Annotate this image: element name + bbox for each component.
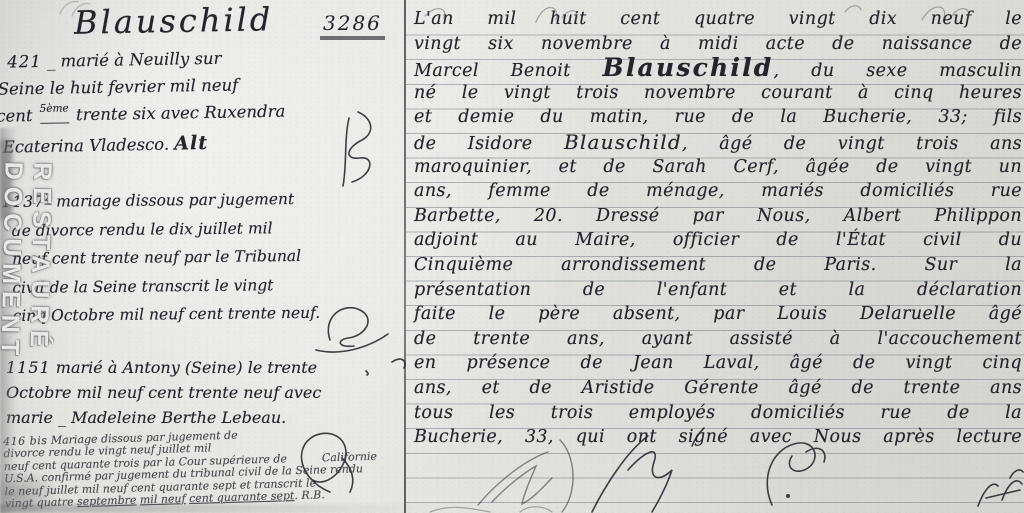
restoration-watermark: DOCUMENT RESTAURÉ xyxy=(0,161,57,502)
handwritten-segment: Ecaterina Vladesco. xyxy=(3,135,175,157)
handwritten-segment: maroquinier, et de Sarah Cerf, âgée de v… xyxy=(414,157,1022,177)
handwritten-line: né le vingt trois novembre courant à cin… xyxy=(414,81,1022,106)
handwritten-segment: 5ème xyxy=(39,95,69,124)
handwritten-segment: . R.B. xyxy=(294,488,325,502)
handwritten-segment: cent quarante sept xyxy=(189,489,295,505)
handwritten-segment: cent xyxy=(0,106,38,126)
margin-note-divorce-1943: 416 bis Mariage dissous par jugement ded… xyxy=(3,424,450,511)
handwritten-line: ans, femme de ménage, mariés domiciliés … xyxy=(414,179,1022,204)
handwritten-segment: Barbette, 20. Dressé par Nous, Albert Ph… xyxy=(414,206,1022,226)
handwritten-segment: septembre xyxy=(77,494,137,509)
handwritten-segment: mil neuf xyxy=(140,492,186,506)
handwritten-segment: , âgé de vingt trois ans xyxy=(682,134,1022,154)
handwritten-line: civil de la Seine transcrit le vingt xyxy=(12,269,404,302)
column-divider-line xyxy=(404,0,406,513)
handwritten-line: 1151 marié à Antony (Seine) le trente xyxy=(6,355,406,380)
handwritten-segment: 421 xyxy=(7,52,42,72)
handwritten-segment: Marcel Benoit xyxy=(414,61,603,81)
margin-note-divorce-1939: 11372 mariage dissous par jugementde div… xyxy=(1,181,405,331)
handwritten-line: en présence de Jean Laval, âgé de vingt … xyxy=(414,351,1022,376)
handwritten-segment: et demie du matin, rue de la Bucherie, 3… xyxy=(414,107,1022,127)
handwritten-line: Ecaterina Vladesco. Alt xyxy=(3,127,407,161)
scanned-birth-record: L'an mil huit cent quatre vingt dix neuf… xyxy=(0,0,1024,513)
handwritten-segment: de Isidore xyxy=(414,134,564,154)
handwritten-segment: neuf cent trente neuf par le Tribunal xyxy=(12,247,301,268)
handwritten-segment: Blauschild xyxy=(603,53,774,82)
handwritten-segment: Octobre mil neuf cent trente neuf avec xyxy=(6,383,321,402)
handwritten-line: de Isidore Blauschild, âgé de vingt troi… xyxy=(414,130,1022,155)
handwritten-segment: en présence de Jean Laval, âgé de vingt … xyxy=(414,353,1022,373)
handwritten-segment: marié à Antony (Seine) le trente xyxy=(51,358,317,377)
handwritten-segment: mariage dissous par jugement xyxy=(51,190,294,211)
handwritten-segment: cinq Octobre mil neuf cent trente neuf. xyxy=(13,304,321,325)
handwritten-segment: Alt xyxy=(174,132,208,155)
handwritten-line: Marcel Benoit Blauschild, du sexe mascul… xyxy=(414,56,1022,81)
handwritten-segment: ans, et de Aristide Gérente âgé de trent… xyxy=(414,378,1022,398)
handwritten-line: L'an mil huit cent quatre vingt dix neuf… xyxy=(414,7,1022,32)
handwritten-segment: , du sexe masculin xyxy=(773,61,1022,81)
handwritten-line: Bucherie, 33, qui ont signé avec Nous ap… xyxy=(414,425,1022,450)
handwritten-line: ans, et de Aristide Gérente âgé de trent… xyxy=(414,376,1022,401)
handwritten-line: présentation de l'enfant et la déclarati… xyxy=(414,278,1022,303)
handwritten-line: et demie du matin, rue de la Bucherie, 3… xyxy=(414,105,1022,130)
handwritten-segment: faite le père absent, par Louis Delaruel… xyxy=(414,304,1022,324)
margin-note-marriage-1936: 421 _ marié à Neuilly surSeine le huit f… xyxy=(7,42,407,161)
handwritten-line: de divorce rendu le dix juillet mil xyxy=(12,212,404,245)
handwritten-segment: _ marié à Neuilly sur xyxy=(42,49,222,71)
handwritten-segment: adjoint au Maire, officier de l'État civ… xyxy=(414,230,1022,250)
surname-header: Blauschild xyxy=(74,0,274,41)
handwritten-segment: trente six avec Ruxendra xyxy=(71,102,286,125)
handwritten-segment: Cinquième arrondissement de Paris. Sur l… xyxy=(414,255,1022,275)
handwritten-segment: Blauschild xyxy=(564,130,682,154)
handwritten-segment: Bucherie, 33, qui ont signé avec Nous ap… xyxy=(414,427,1022,447)
handwritten-line: de trente ans, ayant assisté à l'accouch… xyxy=(414,327,1022,352)
handwritten-line: 11372 mariage dissous par jugement xyxy=(1,181,403,217)
handwritten-segment: Seine le huit fevrier mil neuf xyxy=(0,75,238,98)
handwritten-segment: de trente ans, ayant assisté à l'accouch… xyxy=(414,329,1022,349)
handwritten-line: maroquinier, et de Sarah Cerf, âgée de v… xyxy=(414,155,1022,180)
act-column: L'an mil huit cent quatre vingt dix neuf… xyxy=(406,0,1024,513)
handwritten-segment: né le vingt trois novembre courant à cin… xyxy=(414,83,1022,103)
handwritten-segment: présentation de l'enfant et la déclarati… xyxy=(414,280,1022,300)
act-number: 3286 xyxy=(320,11,385,40)
handwritten-segment: ans, femme de ménage, mariés domiciliés … xyxy=(414,181,1022,201)
handwritten-line: faite le père absent, par Louis Delaruel… xyxy=(414,302,1022,327)
handwritten-line: neuf cent trente neuf par le Tribunal xyxy=(12,241,404,274)
handwritten-segment: L'an mil huit cent quatre vingt dix neuf… xyxy=(414,9,1022,29)
handwritten-segment: tous les trois employés domiciliés rue d… xyxy=(414,403,1022,423)
handwritten-line: Octobre mil neuf cent trente neuf avec xyxy=(6,380,406,405)
handwritten-line: cinq Octobre mil neuf cent trente neuf. xyxy=(12,298,404,331)
handwritten-line: Cinquième arrondissement de Paris. Sur l… xyxy=(414,253,1022,278)
handwritten-segment: vingt six novembre à midi acte de naissa… xyxy=(414,34,1022,54)
handwritten-line: tous les trois employés domiciliés rue d… xyxy=(414,401,1022,426)
margin-note-marriage-1939: 1151 marié à Antony (Seine) le trenteOct… xyxy=(6,355,406,430)
handwritten-line: adjoint au Maire, officier de l'État civ… xyxy=(414,228,1022,253)
handwritten-line: Barbette, 20. Dressé par Nous, Albert Ph… xyxy=(414,204,1022,229)
act-text: L'an mil huit cent quatre vingt dix neuf… xyxy=(414,7,1022,450)
